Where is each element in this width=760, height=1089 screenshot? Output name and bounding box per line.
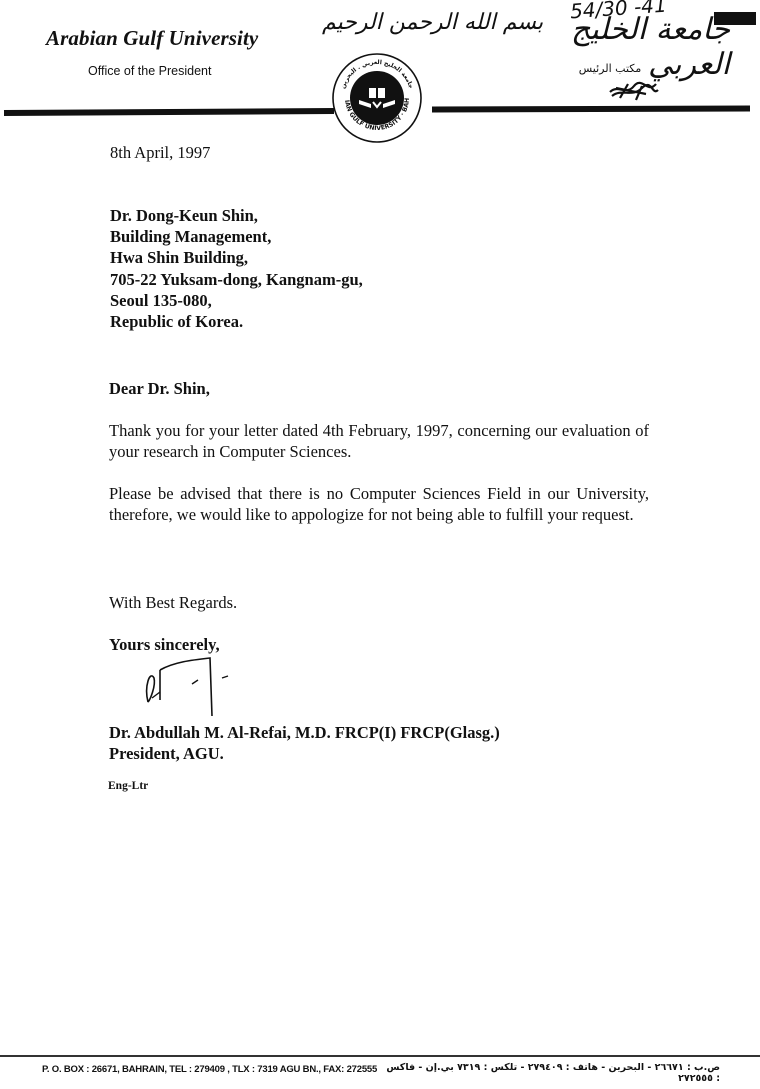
footer-contact-arabic: ص.ب : ٢٦٦٧١ - البحرين - هاتف : ٢٧٩٤٠٩ - … [380, 1062, 720, 1084]
letter-date: 8th April, 1997 [110, 142, 210, 163]
office-title-arabic: مكتب الرئيس [560, 62, 660, 75]
header-rule-right [432, 105, 750, 112]
footer-contact-english: P. O. BOX : 26671, BAHRAIN, TEL : 279409… [42, 1064, 377, 1075]
recipient-address: Dr. Dong-Keun Shin, Building Management,… [110, 205, 363, 332]
address-line: Seoul 135-080, [110, 290, 363, 311]
address-line: Republic of Korea. [110, 311, 363, 332]
salutation: Dear Dr. Shin, [109, 378, 210, 399]
university-seal-icon: ARABIAN GULF UNIVERSITY · BAHRAIN جامعة … [331, 52, 423, 144]
body-paragraph: Thank you for your letter dated 4th Febr… [109, 420, 649, 462]
address-line: Building Management, [110, 226, 363, 247]
footer-rule [0, 1055, 760, 1057]
address-line: 705-22 Yuksam-dong, Kangnam-gu, [110, 269, 363, 290]
body-paragraph: Please be advised that there is no Compu… [109, 483, 649, 525]
address-line: Hwa Shin Building, [110, 247, 363, 268]
university-name: Arabian Gulf University [46, 26, 258, 51]
signer-title: President, AGU. [109, 743, 500, 764]
closing-line: With Best Regards. [109, 592, 237, 613]
header-rule-left [4, 108, 334, 116]
letter-reference-code: Eng-Ltr [108, 780, 148, 792]
address-line: Dr. Dong-Keun Shin, [110, 205, 363, 226]
signer-name: Dr. Abdullah M. Al-Refai, M.D. FRCP(I) F… [109, 722, 500, 743]
handwritten-scribble-icon [606, 78, 660, 102]
signature-icon [130, 656, 240, 718]
sign-off: Yours sincerely, [109, 634, 220, 655]
signer-block: Dr. Abdullah M. Al-Refai, M.D. FRCP(I) F… [109, 722, 500, 764]
office-title: Office of the President [88, 64, 211, 78]
redaction-mark [714, 12, 756, 25]
